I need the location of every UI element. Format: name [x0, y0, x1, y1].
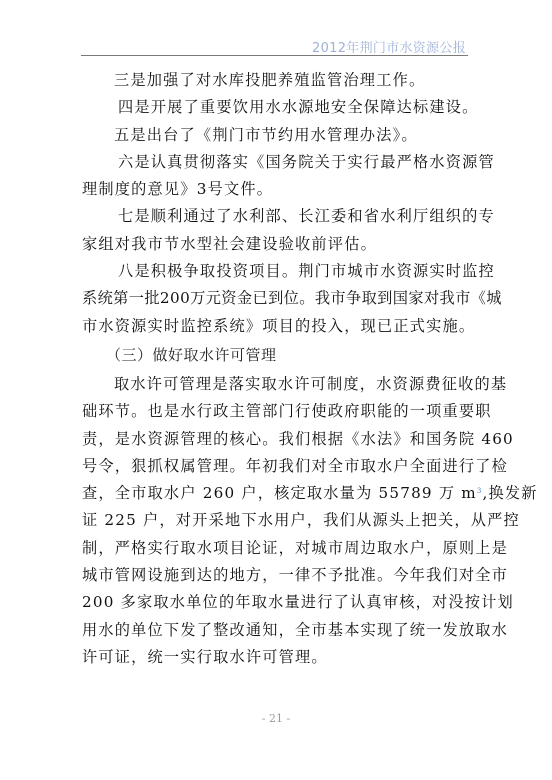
paragraph-line: 号令，狠抓权属管理。年初我们对全市取水户全面进行了检 [82, 453, 470, 480]
paragraph-line: 200 多家取水单位的年取水量进行了认真审核，对没按计划 [82, 589, 470, 616]
text-line: 三是加强了对水库投肥养殖监管治理工作。 [82, 67, 470, 94]
page-header: 2012年荆门市水资源公报 [81, 35, 468, 56]
text-line: 系统第一批200万元资金已到位。我市争取到国家对我市《城 [82, 285, 470, 312]
paragraph-line: 城市管网设施到达的地方，一律不予批准。今年我们对全市 [82, 562, 470, 589]
cubic-superscript: 3 [477, 487, 483, 495]
text-line: 市水资源实时监控系统》项目的投入，现已正式实施。 [82, 313, 470, 340]
paragraph-text: 查，全市取水户 260 户，核定取水量为 55789 万 m [82, 484, 477, 502]
paragraph-line-with-unit: 查，全市取水户 260 户，核定取水量为 55789 万 m3,换发新 [82, 480, 470, 507]
text-line: 家组对我市节水型社会建设验收前评估。 [82, 231, 470, 258]
text-line: 七是顺利通过了水利部、长江委和省水利厅组织的专 [82, 203, 470, 230]
paragraph-line: 许可证，统一实行取水许可管理。 [82, 644, 470, 671]
text-line: 理制度的意见》3号文件。 [82, 176, 470, 203]
paragraph-line: 责，是水资源管理的核心。我们根据《水法》和国务院 460 [82, 426, 470, 453]
page-number: - 21 - [0, 712, 552, 725]
paragraph-line: 取水许可管理是落实取水许可制度，水资源费征收的基 [82, 371, 470, 398]
paragraph-line: 用水的单位下发了整改通知，全市基本实现了统一发放取水 [82, 617, 470, 644]
section-heading: （三）做好取水许可管理 [82, 340, 470, 371]
text-line: 六是认真贯彻落实《国务院关于实行最严格水资源管 [82, 149, 470, 176]
text-line: 四是开展了重要饮用水水源地安全保障达标建设。 [82, 94, 470, 121]
paragraph-line: 制，严格实行取水项目论证，对城市周边取水户，原则上是 [82, 535, 470, 562]
text-line: 八是积极争取投资项目。荆门市城市水资源实时监控 [82, 258, 470, 285]
paragraph-line: 证 225 户，对开采地下水用户，我们从源头上把关，从严控 [82, 507, 470, 534]
paragraph-text-tail: ,换发新 [483, 484, 538, 502]
header-title: 2012年荆门市水资源公报 [312, 37, 466, 56]
paragraph-line: 础环节。也是水行政主管部门行使政府职能的一项重要职 [82, 398, 470, 425]
document-body: 三是加强了对水库投肥养殖监管治理工作。 四是开展了重要饮用水水源地安全保障达标建… [82, 67, 470, 671]
text-line: 五是出台了《荆门市节约用水管理办法》。 [82, 122, 470, 149]
